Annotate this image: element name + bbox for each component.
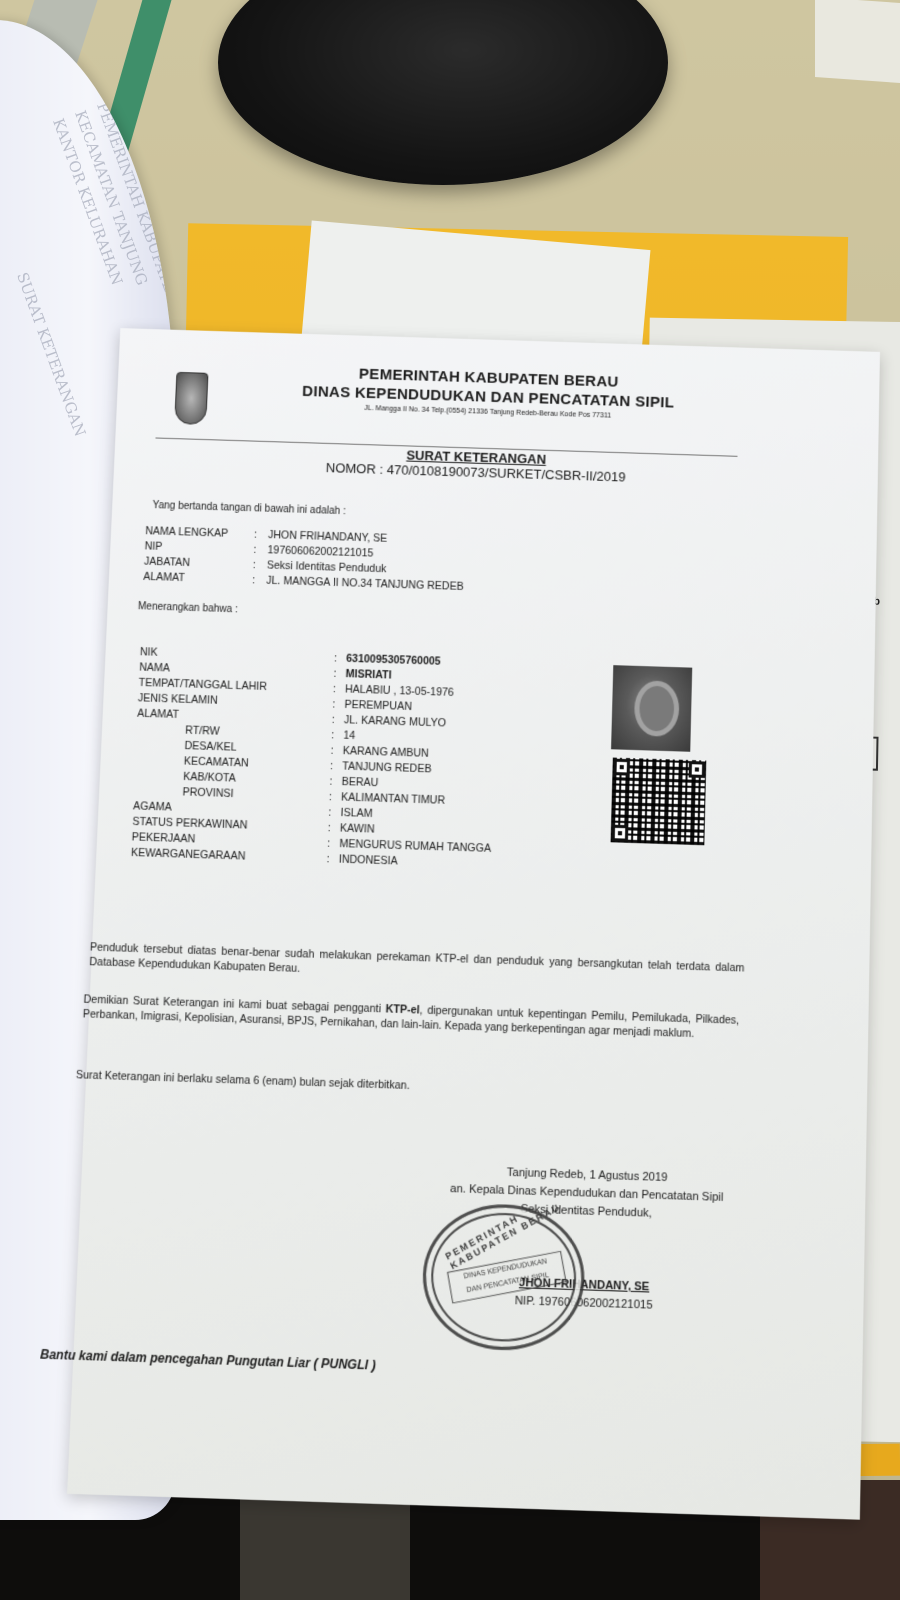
face-silhouette <box>634 680 680 737</box>
resident-photo <box>611 665 692 752</box>
field-colon: : <box>253 558 268 571</box>
paper-corner <box>815 0 900 83</box>
field-colon: : <box>330 744 343 757</box>
field-value: 197606062002121015 <box>267 544 373 560</box>
letterhead: PEMERINTAH KABUPATEN BERAU DINAS KEPENDU… <box>237 362 739 424</box>
field-colon: : <box>329 790 342 803</box>
anti-extortion-note: Bantu kami dalam pencegahan Pungutan Lia… <box>40 1347 376 1373</box>
declares-label: Menerangkan bahwa : <box>138 601 238 615</box>
field-value: INDONESIA <box>339 853 398 867</box>
monitor-stand-base <box>218 0 668 185</box>
field-colon: : <box>328 806 341 819</box>
field-value: PEREMPUAN <box>344 698 412 712</box>
field-value: JL. KARANG MULYO <box>344 714 447 730</box>
field-value: 6310095305760005 <box>346 652 441 667</box>
field-colon: : <box>254 528 269 541</box>
field-colon: : <box>333 667 346 680</box>
field-colon: : <box>332 713 345 726</box>
regency-crest-icon <box>174 372 208 425</box>
qr-code-icon <box>611 758 707 846</box>
field-colon: : <box>331 729 344 742</box>
field-value: 14 <box>343 729 355 742</box>
qr-finder <box>613 759 630 776</box>
paragraph-purpose: Demikian Surat Keterangan ini kami buat … <box>83 992 740 1042</box>
ghost-text: SURAT KETERANGAN <box>13 270 89 439</box>
certificate-document: PEMERINTAH KABUPATEN BERAU DINAS KEPENDU… <box>67 328 880 1520</box>
field-colon: : <box>328 821 341 834</box>
field-value: BERAU <box>341 775 378 789</box>
field-colon: : <box>253 543 268 556</box>
qr-finder <box>612 825 629 842</box>
field-value: ISLAM <box>340 806 373 819</box>
field-colon: : <box>330 759 343 772</box>
field-colon: : <box>333 682 346 695</box>
field-label: KEWARGANEGARAAN <box>131 846 327 865</box>
purpose-ktp-el: KTP-el <box>385 1003 420 1017</box>
paragraph-validity: Surat Keterangan ini berlaku selama 6 (e… <box>76 1068 734 1104</box>
qr-finder <box>689 761 706 778</box>
field-value: KARANG AMBUN <box>343 744 429 759</box>
field-colon: : <box>334 652 347 665</box>
field-value: KAWIN <box>340 822 375 836</box>
field-value: MISRIATI <box>345 667 391 681</box>
field-colon: : <box>252 574 267 587</box>
document-title: SURAT KETERANGAN NOMOR : 470/0108190073/… <box>224 442 727 488</box>
field-colon: : <box>332 698 345 711</box>
field-colon: : <box>327 837 340 850</box>
field-value: KALIMANTAN TIMUR <box>341 791 445 807</box>
field-colon: : <box>329 775 342 788</box>
field-colon: : <box>326 852 339 865</box>
paragraph-registration: Penduduk tersebut diatas benar-benar sud… <box>89 940 745 990</box>
field-value: TANJUNG REDEB <box>342 760 432 775</box>
signatory-table: NAMA LENGKAP:JHON FRIHANDANY, SENIP:1976… <box>143 523 750 603</box>
signatory-intro: Yang bertanda tangan di bawah ini adalah… <box>152 500 346 517</box>
field-label: ALAMAT <box>143 570 252 586</box>
